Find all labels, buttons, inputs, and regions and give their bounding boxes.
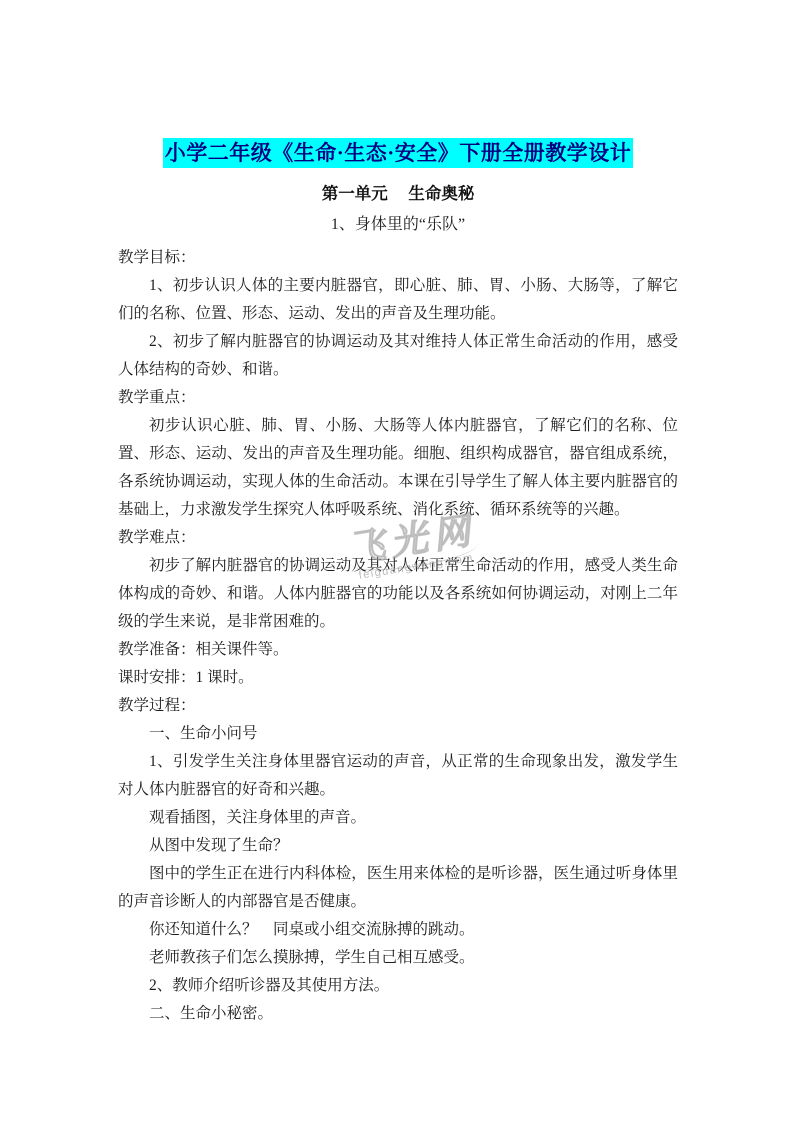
paragraph: 老师教孩子们怎么摸脉搏，学生自己相互感受。 bbox=[118, 944, 678, 972]
document-content: 小学二年级《生命·生态·安全》下册全册教学设计 第一单元 生命奥秘 1、身体里的… bbox=[118, 136, 678, 1028]
paragraph: 课时安排：1 课时。 bbox=[118, 664, 678, 692]
paragraph: 教学过程： bbox=[118, 692, 678, 720]
lesson-heading: 1、身体里的“乐队” bbox=[118, 216, 678, 233]
paragraph: 1、引发学生关注身体里器官运动的声音，从正常的生命现象出发，激发学生对人体内脏器… bbox=[118, 748, 678, 804]
paragraph: 教学目标： bbox=[118, 244, 678, 272]
paragraph: 初步认识心脏、肺、胃、小肠、大肠等人体内脏器官，了解它们的名称、位置、形态、运动… bbox=[118, 412, 678, 524]
document-title: 小学二年级《生命·生态·安全》下册全册教学设计 bbox=[118, 136, 678, 170]
paragraph: 从图中发现了生命？ bbox=[118, 832, 678, 860]
paragraph: 1、初步认识人体的主要内脏器官，即心脏、肺、胃、小肠、大肠等，了解它们的名称、位… bbox=[118, 272, 678, 328]
paragraph: 一、生命小问号 bbox=[118, 720, 678, 748]
paragraph: 图中的学生正在进行内科体检，医生用来体检的是听诊器，医生通过听身体里的声音诊断人… bbox=[118, 860, 678, 916]
paragraph: 教学难点： bbox=[118, 524, 678, 552]
title-highlight: 小学二年级《生命·生态·安全》下册全册教学设计 bbox=[163, 138, 634, 168]
unit-heading: 第一单元 生命奥秘 bbox=[118, 185, 678, 203]
paragraph: 观看插图，关注身体里的声音。 bbox=[118, 804, 678, 832]
document-body: 教学目标：1、初步认识人体的主要内脏器官，即心脏、肺、胃、小肠、大肠等，了解它们… bbox=[118, 244, 678, 1028]
paragraph: 2、教师介绍听诊器及其使用方法。 bbox=[118, 972, 678, 1000]
document-page: 小学二年级《生命·生态·安全》下册全册教学设计 第一单元 生命奥秘 1、身体里的… bbox=[0, 0, 793, 1122]
paragraph: 初步了解内脏器官的协调运动及其对人体正常生命活动的作用，感受人类生命体构成的奇妙… bbox=[118, 552, 678, 636]
paragraph: 教学重点： bbox=[118, 384, 678, 412]
paragraph: 你还知道什么？ 同桌或小组交流脉搏的跳动。 bbox=[118, 916, 678, 944]
paragraph: 教学准备：相关课件等。 bbox=[118, 636, 678, 664]
paragraph: 二、生命小秘密。 bbox=[118, 1000, 678, 1028]
paragraph: 2、初步了解内脏器官的协调运动及其对维持人体正常生命活动的作用，感受人体结构的奇… bbox=[118, 328, 678, 384]
